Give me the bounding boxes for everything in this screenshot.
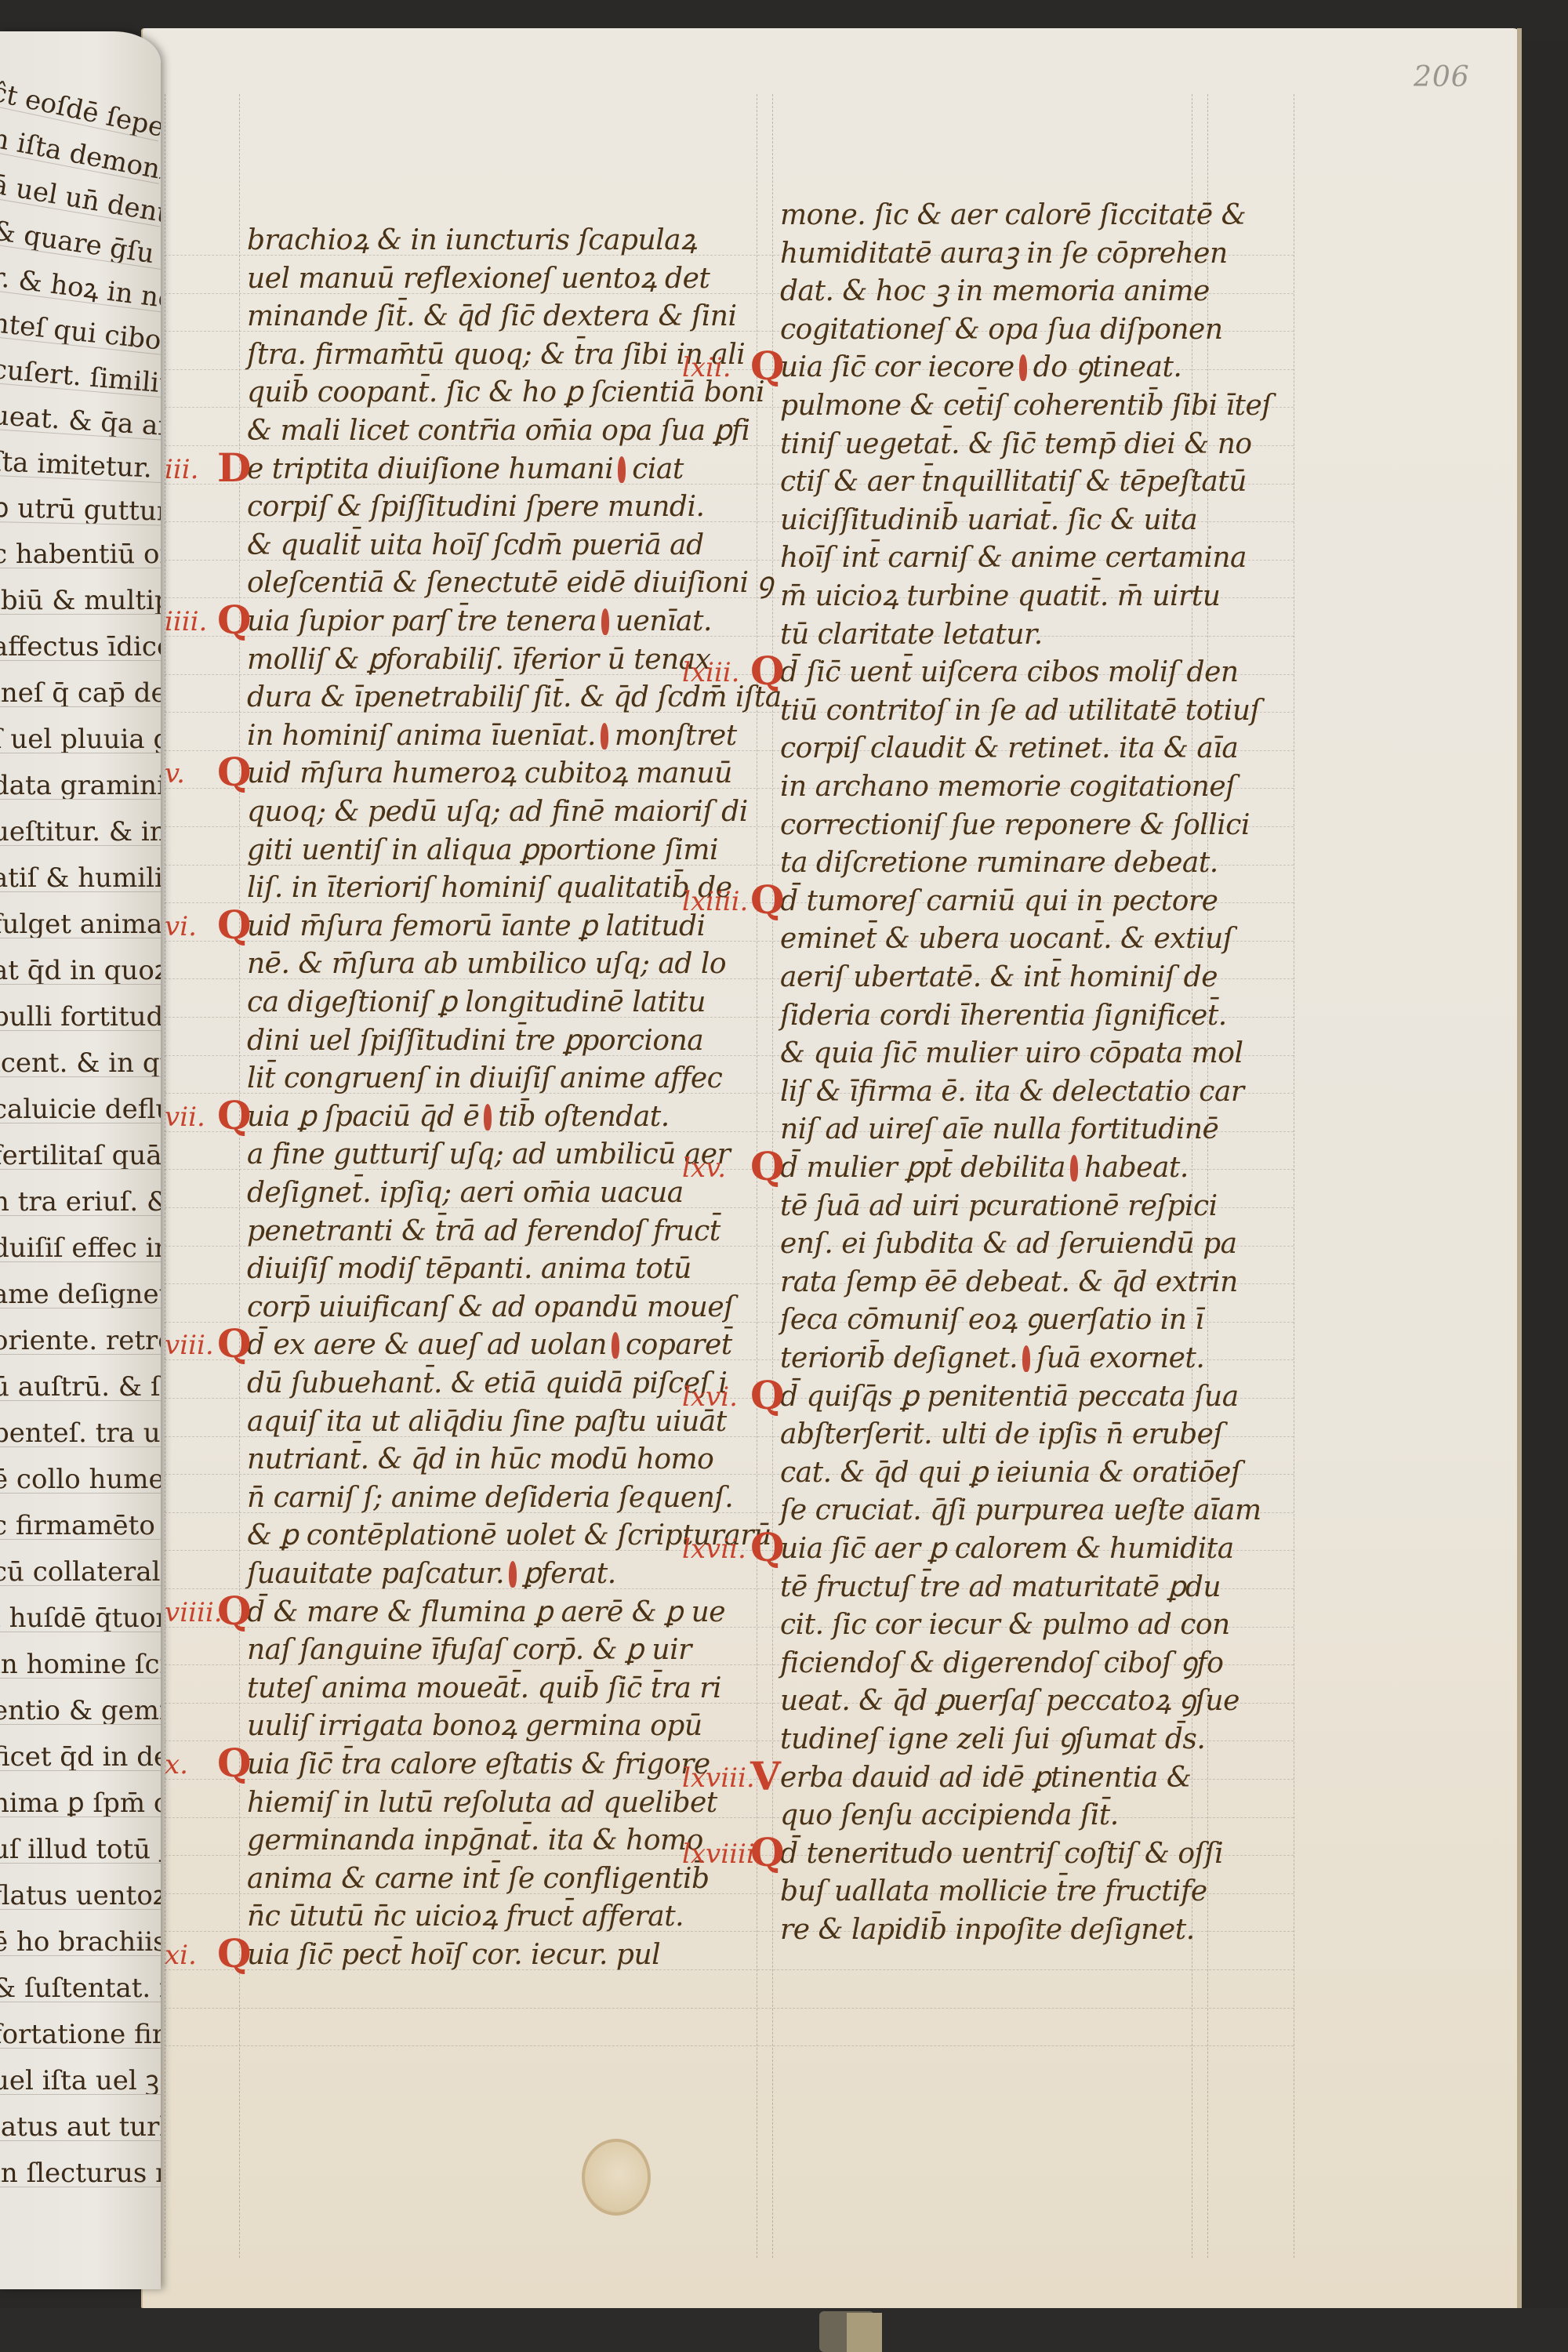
- chapter-number: v.: [165, 754, 185, 793]
- verso-text-line: pulli fortitudinē ſuā: [0, 1004, 161, 1031]
- chapter-number: lxviii.: [682, 1759, 755, 1798]
- verso-text-line: ū auſtrū. & ſiniſtrorſ: [0, 1374, 161, 1401]
- text-line: re & lapidib̄ inpoſite deſignet.: [780, 1911, 1195, 1950]
- text-line: ctiſ & aer t̄nquillitatiſ & tēpeſtatū: [780, 463, 1247, 502]
- text-line: anima & carne int̄ ſe confligentib̄: [247, 1860, 710, 1899]
- ruling-horizontal: [165, 2008, 1294, 2009]
- text-line: corp̄ uiuificanſ & ad opandū moueſ: [247, 1288, 734, 1327]
- text-line: & qualit̄ uita hoīſ ſcdm̄ pueriā ad: [247, 526, 704, 565]
- text-line: dū ſubuehant̄. & etiā quidā piſceſ i: [247, 1364, 727, 1403]
- text-line: molliſ & ꝑforabiliſ. īferior ū tenax: [247, 641, 710, 680]
- text-line: erba dauid ad idē ꝑtinentia &: [780, 1759, 1191, 1798]
- ruling-horizontal: [165, 2045, 1294, 2046]
- verso-text-line: entio & gemit̄ aſſimul: [0, 1697, 161, 1725]
- verso-text-line: ꝑ utrū guttur & colſu: [0, 495, 161, 526]
- ruling-vertical: [1294, 94, 1294, 2258]
- text-line: niſ ad uireſ aīe nulla fortitudinē: [780, 1110, 1218, 1149]
- text-line: ſeca cōmuniſ eoꝝ ꝯuerſatio in ī: [780, 1301, 1203, 1340]
- chapter-number: viiii.: [165, 1593, 223, 1632]
- text-line: tū claritate letatur.: [780, 615, 1043, 655]
- verso-text-line: icent̄. & in quoꝝda ca: [0, 1050, 161, 1077]
- chapter-number: x.: [165, 1745, 188, 1784]
- verso-text-line: in ſlecturus ma aīa fig: [0, 2160, 161, 2187]
- text-line: uel manuū reflexioneſ uentoꝝ det: [247, 260, 710, 299]
- text-line: ca digeſtioniſ ꝑ longitudinē latitu: [247, 983, 706, 1022]
- text-line: liſ. in īterioriſ hominiſ qualitatib̄ de: [247, 869, 732, 908]
- verso-text-line: atiſ & humilitatis cul: [0, 865, 161, 892]
- paraph-mark-icon: [509, 1561, 517, 1588]
- text-line: mone. ſic & aer calorē ſiccitatē &: [780, 196, 1246, 235]
- chapter-number: lxiii.: [682, 653, 739, 692]
- paraph-mark-icon: [1019, 354, 1027, 381]
- verso-text-line: uel iſta uel ꝫ eoſdē uen: [0, 2067, 161, 2095]
- text-line: tiniſ uegetat̄. & ſic̄ temp̄ diei & no: [780, 425, 1252, 464]
- rubricated-initial: Q: [750, 652, 785, 691]
- verso-text-line: ē ho brachiis & crurib̄: [0, 1929, 161, 1956]
- text-line: cat. & q̄d qui ꝑ ieiunia & oratiōeſ: [780, 1454, 1241, 1493]
- text-line: dini uel ſpiſſitudini t̄re ꝑporciona: [247, 1022, 703, 1061]
- verso-text-line: fertilitaſ quā ſterilit: [0, 1142, 161, 1170]
- rubricated-initial: Q: [750, 1528, 785, 1567]
- verso-text-line: data gramini uel fru: [0, 772, 161, 800]
- text-line: d̄ mulier ꝑpt̄ debilitahabeat.: [780, 1149, 1189, 1188]
- paraph-mark-icon: [612, 1332, 619, 1359]
- rubricated-initial: Q: [217, 753, 252, 792]
- text-line: uid m̄ſura humeroꝝ cubitoꝝ manuū: [247, 754, 732, 793]
- text-line: brachioꝝ & in iuncturis ſcapulaꝝ: [247, 221, 696, 260]
- verso-text-line: & ſuſtentat̄. ita & uenti: [0, 1975, 161, 2002]
- text-line: tē ſuā ad uiri pcurationē reſpici: [780, 1187, 1218, 1226]
- verso-text-line: ficet q̄d in dextra qua: [0, 1744, 161, 1771]
- chapter-number: lxvi.: [682, 1377, 738, 1417]
- text-line: tē fructuſ t̄re ad maturitatē ꝑdu: [780, 1568, 1221, 1607]
- text-line: humiditatē auraꝫ in ſe cōprehen: [780, 234, 1228, 274]
- verso-text-line: benteſ. t̄ra uiſ m: [0, 1420, 161, 1447]
- text-line: uia ſic̄ aer ꝑ calorem & humidita: [780, 1530, 1234, 1569]
- text-line: uia ꝑ ſpaciū q̄d ētib̄ oſtendat.: [247, 1098, 670, 1137]
- text-line: uid m̄ſura femorū īante ꝑ latitudi: [247, 907, 706, 946]
- text-line: corpiſ & ſpiſſitudini ſpere mundi.: [247, 488, 704, 527]
- chapter-number: viii.: [165, 1326, 214, 1365]
- book-clasp-tab: [847, 2313, 882, 2352]
- text-line: dat. & hoc ꝫ in memoria anime: [780, 272, 1210, 311]
- text-line: d̄ quiſq̄s ꝑ penitentiā peccata ſua: [780, 1377, 1239, 1417]
- text-line: liſ & īfirma ē. ita & delectatio car: [780, 1073, 1244, 1112]
- text-line: aeriſ ubertatē. & int̄ hominiſ de: [780, 958, 1218, 997]
- rubricated-initial: Q: [750, 347, 785, 386]
- text-line: rata ſemp ēē debeat. & q̄d extrin: [780, 1263, 1238, 1302]
- verso-text-line: n t̄ra eriuſ. & uirtuti: [0, 1189, 161, 1216]
- text-line: tiū contritoſ in ſe ad utilitatē totiuſ: [780, 691, 1260, 731]
- text-line: uia ſupior parſ t̄re tenerauenīat.: [247, 602, 712, 641]
- chapter-number: iii.: [165, 450, 198, 489]
- verso-text-line: c firmamēto q̄tuor pr: [0, 1512, 161, 1540]
- text-line: giti uentiſ in aliqua ꝑportione ſimi: [247, 831, 718, 870]
- verso-text-line: ame deſignet poſitio: [0, 1281, 161, 1308]
- text-line: in hominiſ anima īuenīat.monſtret: [247, 717, 737, 756]
- text-line: pulmone & cet̄iſ coherentib̄ ſibi īteſ: [780, 387, 1272, 426]
- paraph-mark-icon: [601, 723, 608, 750]
- verso-text-line: latus aut turbulent̄: [0, 2114, 161, 2141]
- background-cloth-bottom: [0, 2308, 1568, 2352]
- paraph-mark-icon: [1070, 1155, 1078, 1181]
- text-line: tuteſ anima moueāt̄. quib̄ ſic̄ t̄ra ri: [247, 1669, 721, 1708]
- text-line: abſterſerit. ulti de ipſis n̄ erubeſ: [780, 1415, 1223, 1454]
- rubricated-initial: Q: [217, 1324, 252, 1363]
- verso-text-line: ſta imitetur.: [0, 448, 161, 483]
- chapter-number: lxiiii.: [682, 882, 748, 921]
- text-line: in archano memorie cogitationeſ: [780, 768, 1236, 807]
- text-line: ta diſcretione ruminare debeat.: [780, 844, 1218, 883]
- verso-text-line: duiſiſ effec intuī: [0, 1235, 161, 1262]
- chapter-number: lxv.: [682, 1149, 726, 1188]
- verso-text-line: cuſert. ſimilitudinē: [0, 356, 161, 397]
- verso-text-line: affectus īdicentur.: [0, 633, 161, 661]
- verso-text-line: cū collateralib̄ ſuiſ ihe: [0, 1559, 161, 1586]
- text-line: & mali licet contr̄ia om̄ia opa ſua ꝑfi: [247, 412, 750, 451]
- text-line: naſ ſanguine īfuſaſ corp̄. & ꝑ uir: [247, 1631, 691, 1670]
- verso-text-line: in homine ſcil̄ cogita: [0, 1651, 161, 1679]
- verso-text-line: nteſ qui cibo ḡ ho ale: [0, 310, 161, 355]
- verso-text-line: ibiū & multiplices in: [0, 587, 161, 615]
- text-line: correctioniſ ſue reponere & ſollici: [780, 806, 1250, 845]
- text-line: nutriant̄. & q̄d in hūc modū homo: [247, 1440, 713, 1479]
- chapter-number: iiii.: [165, 602, 207, 641]
- rubricated-initial: Q: [217, 601, 252, 640]
- text-line: tudineſ igne zeli ſui ꝯſumat d̄s.: [780, 1720, 1205, 1759]
- verso-text-line: flatus uentoꝝ mundi: [0, 1882, 161, 1910]
- rubricated-initial: Q: [750, 880, 785, 920]
- text-line: hoīſ int̄ carniſ & anime certamina: [780, 539, 1247, 578]
- text-line: quoq; & pedū uſq; ad finē maioriſ di: [247, 793, 748, 832]
- verso-text-line: ueat̄. & q̄a anima mu: [0, 402, 161, 441]
- ruling-vertical: [165, 94, 165, 2258]
- text-line: ſe cruciat. q̄ſi purpurea ueſte aīam: [780, 1491, 1261, 1530]
- paraph-mark-icon: [618, 456, 626, 483]
- text-line: corpiſ claudit & retinet. ita & aīa: [780, 729, 1238, 768]
- verso-text-line: nima ꝑ ſpm̄ cū in corp: [0, 1790, 161, 1817]
- verso-text-line: caluicie defluat̄. &: [0, 1096, 161, 1123]
- rubricated-initial: Q: [217, 1592, 252, 1631]
- verso-text-line: ē collo humeri & brach: [0, 1466, 161, 1494]
- text-line: uia ſic̄ cor iecoredo ꝯtineat.: [780, 348, 1181, 387]
- paraph-mark-icon: [1022, 1345, 1030, 1372]
- rubricated-initial: Q: [217, 1934, 252, 1973]
- text-line: ſideria cordi īherentia ſignificet̄.: [780, 996, 1227, 1036]
- text-line: oleſcentiā & ſenectutē eidē diuiſioni ꝯ: [247, 564, 773, 603]
- text-line: quo ſenſu accipienda ſit̄.: [780, 1796, 1119, 1835]
- rubricated-initial: Q: [750, 1147, 785, 1186]
- text-line: hiemiſ in lutū reſoluta ad quelibet: [247, 1784, 717, 1823]
- paraph-mark-icon: [601, 608, 609, 635]
- text-line: n̄c ūtutū n̄c uicioꝝ fruct̄ afferat.: [247, 1897, 684, 1936]
- text-line: nē. & m̄ſura ab umbilico uſq; ad lo: [247, 945, 726, 984]
- verso-text-line: oriente. retrorſū occid: [0, 1327, 161, 1355]
- verso-text-line: ſ uel pluuia gutte: [0, 726, 161, 753]
- text-line: d̄ tumoreſ carniū qui in pectore: [780, 882, 1218, 921]
- text-line: uia ſic̄ pect̄ hoīſ cor. iecur. pul: [247, 1936, 660, 1975]
- rubricated-initial: Q: [750, 1376, 785, 1415]
- verso-text-line: & quare ḡſu intm̄ d: [0, 217, 161, 270]
- page-edge: [1517, 28, 1522, 2308]
- text-line: lit̄ congruenſ in diuiſiſ anime affec: [247, 1059, 722, 1098]
- verso-text-line: r. & hoꝝ in nobiſ ſignif: [0, 263, 161, 312]
- text-line: aquiſ ita ut aliq̄diu ſine paſtu uiuāt: [247, 1403, 727, 1442]
- text-line: cit. ſic cor iecur & pulmo ad con: [780, 1606, 1230, 1645]
- chapter-number: lxvii.: [682, 1530, 746, 1569]
- chapter-number: lxviiii.: [682, 1835, 764, 1874]
- text-line: m̄ uicioꝝ turbine quatit̄. m̄ uirtu: [780, 577, 1220, 616]
- text-line: n̄ carniſ ſ; anime deſideria ſequenſ.: [247, 1479, 733, 1518]
- verso-page-fragment: ĉt eoſdē ſepe denteſn iſta demonſtretā u…: [0, 31, 161, 2289]
- text-line: d̄ & mare & flumina ꝑ aerē & ꝑ ue: [247, 1593, 725, 1632]
- text-line: penetranti & t̄rā ad ferendoſ fruct̄: [247, 1212, 720, 1251]
- text-line: deſignet̄. ipſiq; aeri om̄ia uacua: [247, 1174, 684, 1213]
- rubricated-initial: Q: [217, 1096, 252, 1135]
- verso-text-line: ueſtitur. & intus ino: [0, 818, 161, 846]
- text-line: diuiſiſ modiſ tēpanti. anima totū: [247, 1250, 691, 1289]
- rubricated-initial: V: [750, 1757, 781, 1796]
- chapter-number: vii.: [165, 1098, 205, 1137]
- verso-text-line: ineſ q̄ cap̄ decent̄ or: [0, 680, 161, 707]
- folio-number: 206: [1414, 61, 1470, 93]
- text-line: ſuauitate paſcatur.ꝑferat.: [247, 1555, 616, 1594]
- chapter-number: xi.: [165, 1936, 197, 1975]
- text-line: uia ſic̄ t̄ra calore eſtatis & frigore: [247, 1745, 710, 1784]
- parchment-hole: [582, 2139, 651, 2216]
- rubricated-initial: Q: [217, 1744, 252, 1783]
- text-line: eminet̄ & ubera uocant̄. & extiuſ: [780, 920, 1233, 959]
- text-line: d̄ ſic̄ uent̄ uiſcera cibos moliſ den: [780, 653, 1239, 692]
- rubricated-initial: Q: [217, 906, 252, 945]
- text-line: a fine gutturiſ uſq; ad umbilicū aer: [247, 1135, 730, 1174]
- text-line: enſ. ei ſubdita & ad ſeruiendū pa: [780, 1225, 1237, 1264]
- verso-text-line: fortatione firmam̄ti: [0, 2021, 161, 2049]
- text-line: & quia ſic̄ mulier uiro cōpata mol: [780, 1034, 1243, 1073]
- chapter-number: lxii.: [682, 348, 731, 387]
- verso-text-line: fulget anima demo: [0, 911, 161, 938]
- text-line: d̄ teneritudo uentriſ coſtiſ & oſſi: [780, 1835, 1223, 1874]
- text-line: ueat. & q̄d ꝑuerſaſ peccatoꝝ ꝯſue: [780, 1682, 1240, 1721]
- text-line: minande ſit̄. & q̄d ſic̄ dextera & ſini: [247, 297, 737, 336]
- text-line: germinanda inpḡnat̄. ita & homo: [247, 1821, 703, 1860]
- text-line: ficiendoſ & digerendoſ ciboſ ꝯfo: [780, 1644, 1223, 1683]
- text-line: d̄ ex aere & aueſ ad uolancoparet̄: [247, 1326, 732, 1365]
- text-line: e triptita diuiſione humaniciat: [247, 450, 684, 489]
- verso-text-line: i huſdē q̄tuor uentiſ: [0, 1605, 161, 1632]
- text-line: buſ uallata mollicie t̄re fructife: [780, 1872, 1207, 1911]
- verso-text-line: uſ illud totū ꝑfundat: [0, 1836, 161, 1864]
- chapter-number: vi.: [165, 907, 197, 946]
- rubricated-initial: D: [217, 448, 251, 488]
- verso-text-line: c habentiū officia & ua: [0, 541, 161, 568]
- text-line: ſtra. firmam̄tū quoq; & t̄ra ſibi in ali: [247, 336, 745, 375]
- paraph-mark-icon: [484, 1104, 492, 1131]
- text-line: cogitationeſ & opa ſua diſponen: [780, 310, 1223, 350]
- text-line: uiciſſitudinib̄ uariat̄. ſic & uita: [780, 501, 1197, 540]
- text-line: uuliſ irrigata bonoꝝ germina opū: [247, 1707, 702, 1746]
- verso-text-line: at q̄d in quoꝝda bon: [0, 957, 161, 985]
- text-line: teriorib̄ deſignet.ſuā exornet.: [780, 1339, 1204, 1378]
